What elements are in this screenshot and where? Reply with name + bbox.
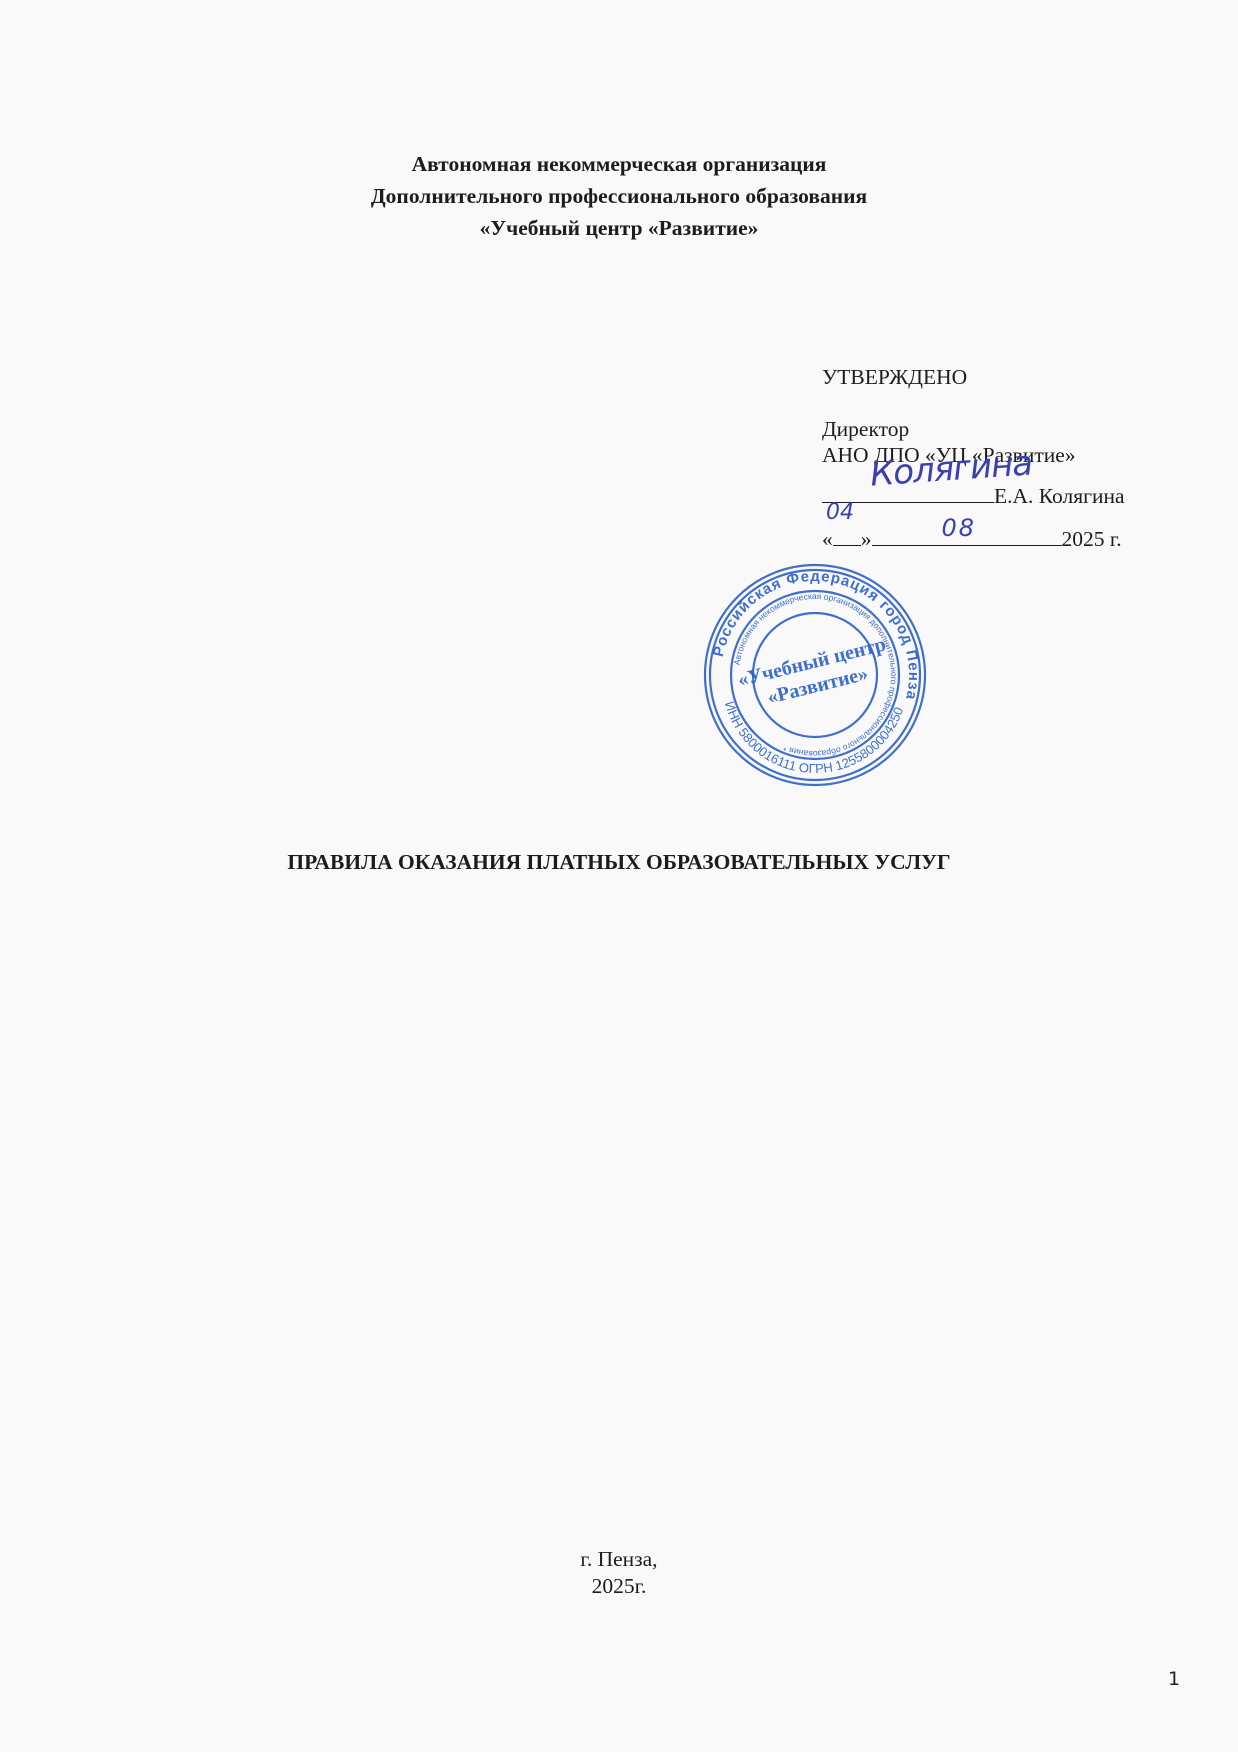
handwritten-signature: Колягина (869, 450, 1033, 487)
document-title: ПРАВИЛА ОКАЗАНИЯ ПЛАТНЫХ ОБРАЗОВАТЕЛЬНЫХ… (0, 850, 1238, 875)
handwritten-month: 08 (942, 515, 977, 541)
approval-block: УТВЕРЖДЕНО Директор АНО ДПО «УЦ «Развити… (822, 364, 1125, 552)
official-stamp-icon: Российская Федерация город Пенза Автоном… (700, 560, 930, 790)
handwritten-day: 04 (826, 500, 854, 525)
signature-row: Колягина Е.А. Колягина (822, 482, 1125, 509)
footer-year: 2025г. (0, 1573, 1238, 1600)
day-line (833, 525, 861, 546)
header-line-2: Дополнительного профессионального образо… (0, 180, 1238, 212)
month-line: 08 (872, 525, 1062, 546)
header-line-1: Автономная некоммерческая организация (0, 148, 1238, 180)
approver-position: Директор (822, 416, 1125, 442)
signatory-name: Е.А. Колягина (994, 484, 1125, 508)
date-close-quote: » (861, 527, 872, 551)
footer-city: г. Пенза, (0, 1546, 1238, 1573)
organization-header: Автономная некоммерческая организация До… (0, 148, 1238, 244)
page-number: 1 (1168, 1668, 1180, 1690)
approval-date-row: «»082025 г. (822, 525, 1125, 552)
date-year: 2025 г. (1062, 527, 1122, 551)
document-page: Автономная некоммерческая организация До… (0, 0, 1238, 1752)
date-open-quote: « (822, 527, 833, 551)
footer-place-date: г. Пенза, 2025г. (0, 1546, 1238, 1600)
header-line-3: «Учебный центр «Развитие» (0, 212, 1238, 244)
approval-label: УТВЕРЖДЕНО (822, 364, 1125, 390)
